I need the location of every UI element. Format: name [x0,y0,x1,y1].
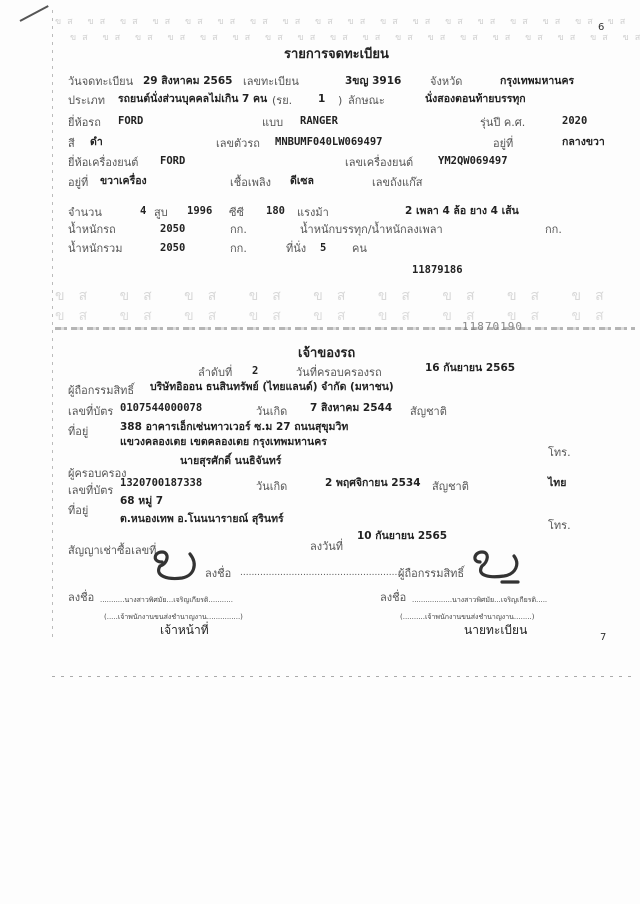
sequence-value: 2 [252,365,258,378]
model-year-label: รุ่นปี ค.ศ. [480,116,525,129]
registration-date-label: วันจดทะเบียน [68,75,133,88]
color-label: สี [68,137,75,150]
owner-sign-label: ลงชื่อ [205,567,231,580]
legal-owner-phone-label: โทร. [548,446,571,459]
seats-label: ที่นั่ง [286,242,306,255]
pen-mark [20,5,49,22]
registration-title: รายการจดทะเบียน [284,48,389,61]
registrar-role: นายทะเบียน [464,624,527,637]
gas-tank-label: เลขถังแก๊ส [372,176,423,189]
security-pattern-band: ขส ขส ขส ขส ขส ขส ขส ขส ขส ขส ขส ขส ขส ข… [55,285,635,307]
province-label: จังหวัด [430,75,462,88]
type-code-open: (รย. [272,94,292,107]
fuel-value: ดีเซล [290,175,314,188]
security-pattern-band: ขส ขส ขส ขส ขส ขส ขส ขส ขส ขส ขส ขส ขส ข… [55,305,635,327]
cylinders-value: 4 [140,205,146,218]
possession-date-value: 16 กันยายน 2565 [425,362,515,375]
owner-section-title: เจ้าของรถ [298,347,355,360]
seats-unit: คน [352,242,367,255]
legal-owner-address-line2: แขวงคลองเตย เขตคลองเตย กรุงเทพมหานคร [120,436,327,449]
cylinders-unit: สูบ [154,206,168,219]
possessor-birth-date: 2 พฤศจิกายน 2534 [325,477,421,490]
officer-name: ...........นางสาวพิศมัย...เจริญเกียรติ..… [100,594,233,607]
signed-date-value: 10 กันยายน 2565 [357,530,447,543]
registrar-sign-label: ลงชื่อ [380,591,406,604]
sequence-label: ลำดับที่ [198,366,232,379]
possession-date-label: วันที่ครอบครองรถ [296,366,382,379]
engine-location-value: ขวาเครื่อง [100,175,147,188]
officer-sign-label: ลงชื่อ [68,591,94,604]
brand-label: ยี่ห้อรถ [68,116,101,129]
type-code-close: ) [338,94,342,107]
legal-owner-address-label: ที่อยู่ [68,425,88,438]
registrar-name: ..................นางสาวพิศมัย...เจริญเก… [412,594,547,607]
chassis-location-value: กลางขวา [562,136,605,149]
horsepower-unit: แรงม้า [297,206,329,219]
province-value: กรุงเทพมหานคร [500,75,574,88]
possessor-address-line1: 68 หมู่ 7 [120,495,163,508]
type-value: รถยนต์นั่งส่วนบุคคลไม่เกิน 7 คน [118,93,267,106]
cc-unit: ซีซี [229,206,244,219]
model-value: RANGER [300,115,338,128]
possessor-nationality-label: สัญชาติ [432,480,469,493]
handwritten-number-two-icon [466,548,526,586]
possessor-name: นายสุรศักดิ์ นนธิจันทร์ [180,455,281,468]
possessor-id: 1320700187338 [120,477,202,490]
security-number: 11870190 [462,320,523,333]
legal-owner-id: 0107544000078 [120,402,202,415]
brand-value: FORD [118,115,143,128]
legal-owner-nationality-label: สัญชาติ [410,405,447,418]
security-pattern: ขส ขส ขส ขส ขส ขส ขส ขส ขส ขส ขส ขส ขส ข… [55,14,635,28]
possessor-address-label: ที่อยู่ [68,504,88,517]
chassis-number-value: MNBUMF040LW069497 [275,136,382,149]
legal-owner-birth-label: วันเกิด [256,405,287,418]
gross-weight-label: น้ำหนักรวม [68,242,122,255]
fuel-label: เชื้อเพลิง [230,176,271,189]
possessor-birth-label: วันเกิด [256,480,287,493]
registration-document-page: ขส ขส ขส ขส ขส ขส ขส ขส ขส ขส ขส ขส ขส ข… [0,0,640,904]
gross-weight-unit: กก. [230,242,247,255]
load-weight-label: น้ำหนักบรรทุก/น้ำหนักลงเพลา [300,223,443,236]
legal-owner-address-line1: 388 อาคารเอ็กเซ่นทาวเวอร์ ซ.ม 27 ถนนสุขุ… [120,421,348,434]
cc-value: 1996 [187,205,212,218]
page-number-top: 6 [598,22,604,33]
style-value: นั่งสองตอนท้ายบรรทุก [425,93,526,106]
bottom-perforation-line [52,676,637,677]
owner-sign-line: ........................................… [240,567,403,580]
engine-location-label: อยู่ที่ [68,176,88,189]
owner-sign-role: ผู้ถือกรรมสิทธิ์ [398,567,464,580]
security-wave-line [55,327,635,330]
load-weight-unit: กก. [545,223,562,236]
possessor-address-line2: ต.หนองเทพ อ.โนนนารายณ์ สุรินทร์ [120,513,284,526]
cylinders-label: จำนวน [68,206,102,219]
handwritten-number-one-icon [148,548,200,584]
model-year-value: 2020 [562,115,587,128]
chassis-location-label: อยู่ที่ [493,137,513,150]
possessor-phone-label: โทร. [548,519,571,532]
page-number-bottom: 7 [600,632,606,643]
gross-weight-value: 2050 [160,242,185,255]
engine-number-value: YM2QW069497 [438,155,508,168]
model-label: แบบ [262,116,283,129]
color-value: ดำ [90,136,103,149]
vehicle-weight-label: น้ำหนักรถ [68,223,116,236]
style-label: ลักษณะ [348,94,385,107]
legal-owner-id-label: เลขที่บัตร [68,405,113,418]
hire-purchase-label: สัญญาเช่าซื้อเลขที่ [68,544,156,557]
horsepower-value: 180 [266,205,285,218]
serial-number: 11879186 [412,264,463,277]
type-code-value: 1 [318,93,325,106]
vehicle-weight-unit: กก. [230,223,247,236]
engine-brand-value: FORD [160,155,185,168]
possessor-label: ผู้ครอบครอง [68,467,127,480]
possessor-nationality: ไทย [548,477,566,490]
registration-date-value: 29 สิงหาคม 2565 [143,75,232,88]
possessor-id-label: เลขที่บัตร [68,484,113,497]
engine-number-label: เลขเครื่องยนต์ [345,156,413,169]
chassis-number-label: เลขตัวรถ [216,137,260,150]
plate-number-value: 3ขญ 3916 [345,75,401,88]
signed-date-label: ลงวันที่ [310,540,343,553]
legal-owner-birth-date: 7 สิงหาคม 2544 [310,402,392,415]
legal-owner-label: ผู้ถือกรรมสิทธิ์ [68,384,134,397]
axles-wheels-tires: 2 เพลา 4 ล้อ ยาง 4 เส้น [405,205,519,218]
type-label: ประเภท [68,94,105,107]
security-pattern: ขส ขส ขส ขส ขส ขส ขส ขส ขส ขส ขส ขส ขส ข… [70,30,640,44]
seats-value: 5 [320,242,326,255]
engine-brand-label: ยี่ห้อเครื่องยนต์ [68,156,138,169]
left-margin-line [52,10,53,640]
vehicle-weight-value: 2050 [160,223,185,236]
officer-role: เจ้าหน้าที่ [160,624,209,637]
legal-owner-name: บริษัทอิออน ธนสินทรัพย์ (ไทยแลนด์) จำกัด… [150,381,394,394]
plate-number-label: เลขทะเบียน [243,75,299,88]
